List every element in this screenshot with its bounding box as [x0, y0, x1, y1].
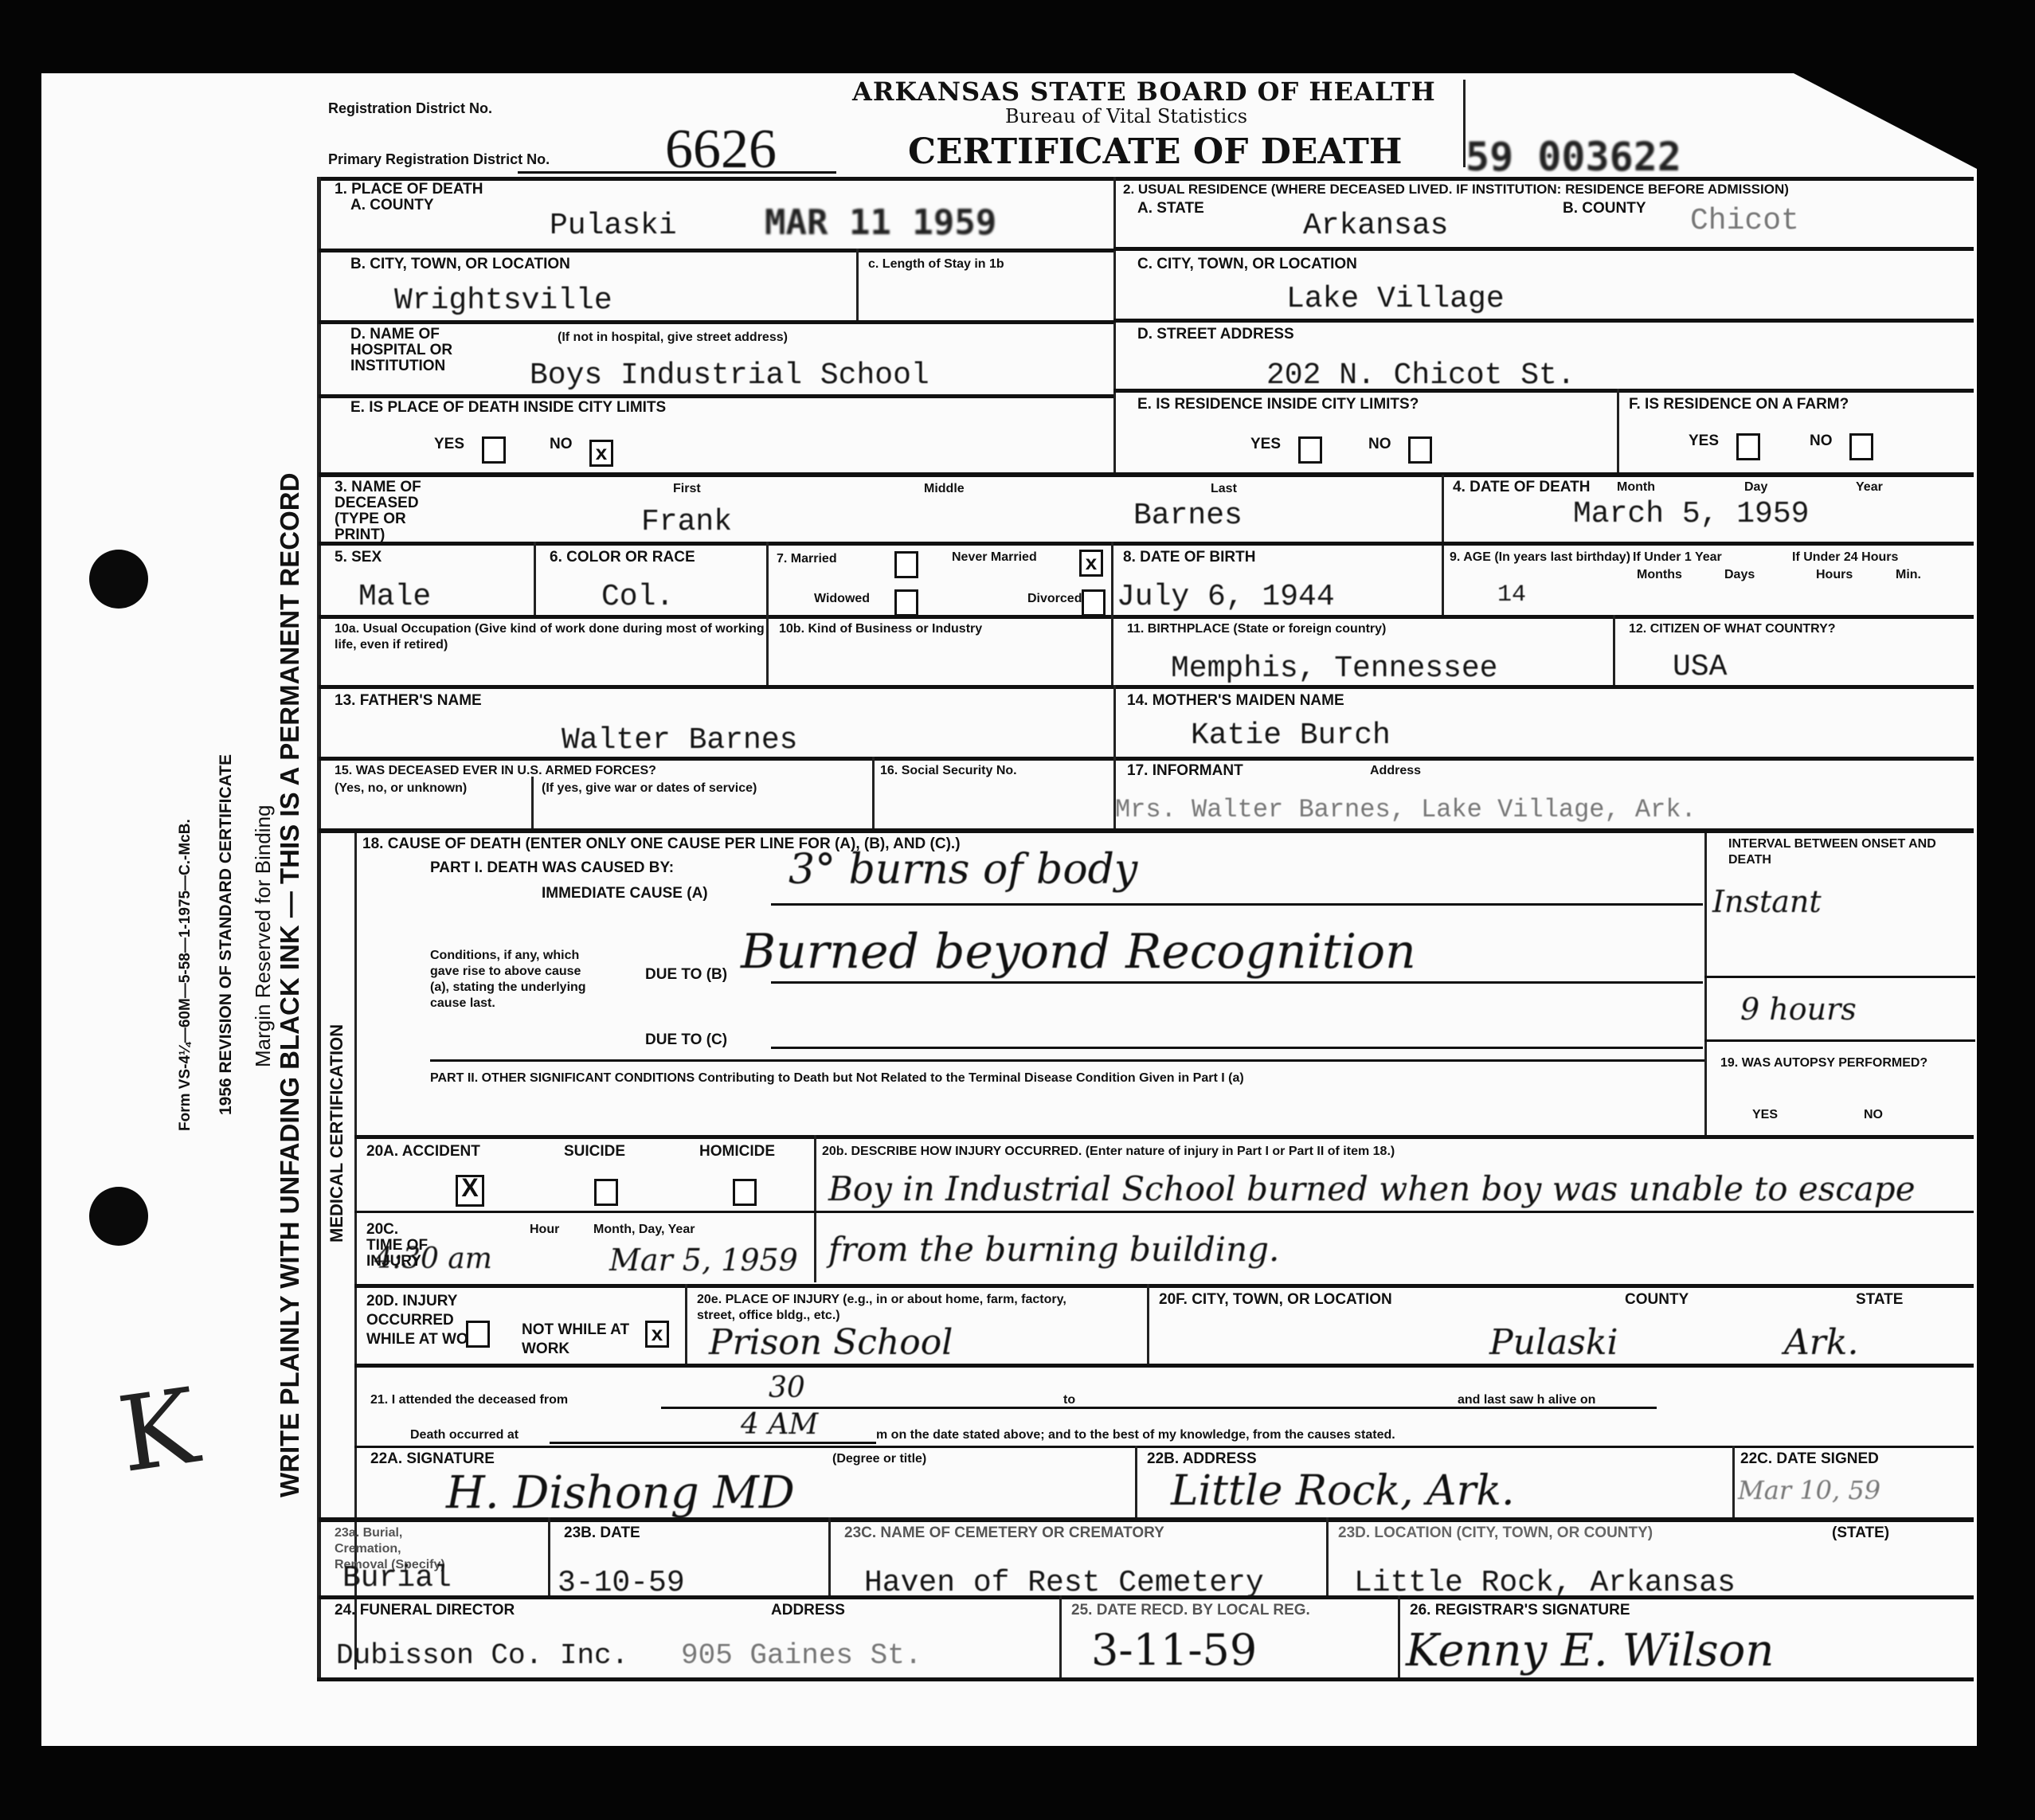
deceased-name-label: 3. NAME OF DECEASED (Type or print)	[335, 479, 438, 543]
inside-city-yes-checkbox[interactable]	[482, 436, 506, 464]
age-months-label: Months	[1637, 567, 1682, 583]
date-of-death: March 5, 1959	[1573, 497, 1809, 531]
armed-forces-service-note: (If yes, give war or dates of service)	[542, 781, 757, 796]
form-left-border	[317, 177, 321, 1681]
district-number: 6626	[665, 118, 777, 182]
accident-checkbox[interactable]: X	[456, 1175, 484, 1207]
not-at-work-label: NOT WHILE AT WORK	[522, 1321, 633, 1359]
institution-note: (If not in hospital, give street address…	[558, 330, 788, 346]
residence-city-label: c. CITY, TOWN, OR LOCATION	[1137, 256, 1357, 272]
widowed-label: Widowed	[814, 591, 870, 607]
age-days-label: Days	[1724, 567, 1755, 583]
residence-state-label: a. STATE	[1137, 201, 1204, 217]
farm-no-checkbox[interactable]	[1849, 433, 1873, 460]
farm-yes-label: YES	[1689, 433, 1719, 449]
injury-state: Ark.	[1784, 1322, 1858, 1363]
date-signed-label: 22c. DATE SIGNED	[1740, 1451, 1879, 1467]
ink-instruction: WRITE PLAINLY WITH UNFADING BLACK INK — …	[275, 473, 305, 1497]
homicide-label: HOMICIDE	[699, 1144, 775, 1160]
informant-address-label: Address	[1370, 763, 1421, 779]
married-label: 7. Married	[777, 551, 837, 567]
injury-city-label: 20f. CITY, TOWN, OR LOCATION	[1159, 1292, 1392, 1308]
residence-state: Arkansas	[1303, 209, 1448, 243]
birthplace: Memphis, Tennessee	[1171, 652, 1497, 686]
suicide-checkbox[interactable]	[594, 1179, 618, 1206]
residence-county-label: b. COUNTY	[1563, 201, 1646, 217]
death-county-label: a. COUNTY	[350, 198, 434, 213]
cell-divider	[685, 1284, 687, 1364]
cell-divider	[1398, 1595, 1400, 1677]
month-label: Month	[1617, 479, 1655, 495]
cell-divider	[872, 757, 875, 828]
row-divider	[319, 472, 1974, 477]
due-to-b-label: DUE TO (b)	[645, 967, 727, 983]
last-name-label: Last	[1211, 481, 1237, 497]
residence-inside-city-label: e. IS RESIDENCE INSIDE CITY LIMITS?	[1137, 397, 1419, 413]
cell-divider	[856, 249, 859, 320]
citizen-label: 12. CITIZEN OF WHAT COUNTRY?	[1629, 621, 1836, 637]
residence-county: Chicot	[1690, 204, 1799, 238]
cause-b-line	[771, 981, 1703, 984]
due-to-c-label: DUE TO (c)	[645, 1032, 727, 1048]
registrar-signature: Kenny E. Wilson	[1406, 1625, 1774, 1677]
col-divider-top	[1113, 177, 1116, 476]
form-top-border	[317, 177, 1974, 181]
part-divider	[430, 1059, 1704, 1062]
cell-divider	[766, 615, 769, 687]
date-of-death-label: 4. DATE OF DEATH	[1453, 479, 1590, 495]
row-divider	[354, 1211, 1974, 1213]
immediate-cause: 3° burns of body	[789, 846, 1137, 894]
mother-label: 14. MOTHER'S MAIDEN NAME	[1127, 693, 1344, 709]
cell-divider	[814, 1135, 816, 1282]
form-id: Form VS-4¼—60M—5-58—1-1975—C.-McB.	[177, 819, 194, 1131]
institution-label: d. NAME OF HOSPITAL OR INSTITUTION	[350, 327, 478, 374]
divorced-label: Divorced	[1027, 591, 1082, 607]
date-received-label: 25. DATE RECD. BY LOCAL REG.	[1071, 1603, 1310, 1618]
day-label: Day	[1744, 479, 1767, 495]
place-of-injury-label: 20e. PLACE OF INJURY (e.g., in or about …	[697, 1292, 1095, 1324]
cell-divider	[1617, 389, 1619, 476]
residence-inside-yes-label: YES	[1250, 436, 1281, 452]
street-address: 202 N. Chicot St.	[1266, 358, 1575, 393]
row-divider	[354, 1135, 1974, 1139]
injury-county: Pulaski	[1489, 1322, 1618, 1363]
physician-address: Little Rock, Ark.	[1171, 1467, 1515, 1515]
death-time: 4 AM	[741, 1408, 818, 1441]
interval-a: Instant	[1712, 884, 1822, 919]
bureau-name: Bureau of Vital Statistics	[1005, 105, 1247, 127]
row-divider	[319, 320, 1113, 324]
row-divider	[319, 615, 1974, 619]
autopsy-label: 19. WAS AUTOPSY PERFORMED?	[1720, 1055, 1959, 1071]
birthplace-label: 11. BIRTHPLACE (State or foreign country…	[1127, 621, 1386, 637]
certification-statement: m on the date stated above; and to the b…	[876, 1427, 1395, 1443]
cell-divider	[531, 777, 534, 828]
occupation-label: 10a. Usual Occupation (Give kind of work…	[335, 621, 765, 653]
residence-inside-yes-checkbox[interactable]	[1298, 436, 1322, 464]
age-min-label: Min.	[1896, 567, 1921, 583]
usual-residence-label: 2. USUAL RESIDENCE (Where deceased lived…	[1123, 182, 1789, 198]
at-work-checkbox[interactable]	[466, 1321, 490, 1348]
inside-city-no-checkbox[interactable]: x	[589, 440, 613, 467]
residence-city: Lake Village	[1286, 282, 1505, 316]
autopsy-yes-label: YES	[1752, 1107, 1778, 1123]
cell-divider	[548, 1517, 550, 1597]
birth-date-label: 8. DATE OF BIRTH	[1123, 550, 1255, 566]
residence-inside-no-label: NO	[1368, 436, 1391, 452]
place-of-injury: Prison School	[709, 1322, 953, 1363]
time-of-injury-date: Mar 5, 1959	[609, 1243, 798, 1278]
ssn-label: 16. Social Security No.	[880, 763, 1017, 779]
cell-divider	[1613, 615, 1615, 687]
degree-label: (Degree or title)	[832, 1451, 926, 1467]
length-of-stay-label: c. Length of Stay in 1b	[868, 256, 1004, 272]
race: Col.	[601, 580, 674, 614]
part2-label: PART II. OTHER SIGNIFICANT CONDITIONS Co…	[430, 1070, 1244, 1086]
registrar-label: 26. REGISTRAR'S SIGNATURE	[1410, 1603, 1630, 1618]
cell-divider	[1059, 1595, 1062, 1677]
interval-line	[1704, 1039, 1975, 1042]
father-label: 13. FATHER'S NAME	[335, 693, 482, 709]
part1-label: PART I. DEATH WAS CAUSED BY:	[430, 860, 674, 876]
place-of-death-label: 1. PLACE OF DEATH	[335, 182, 483, 198]
cell-divider	[1732, 1446, 1735, 1517]
cell-divider	[1111, 542, 1113, 617]
row-divider	[319, 828, 1974, 833]
row-divider	[1113, 247, 1974, 251]
cell-divider	[1147, 1284, 1149, 1364]
certificate-title: CERTIFICATE OF DEATH	[908, 131, 1402, 172]
hour-label: Hour	[530, 1222, 559, 1238]
cell-divider	[1135, 1446, 1137, 1517]
funeral-director-label: 24. FUNERAL DIRECTOR	[335, 1603, 515, 1618]
never-married-checkbox[interactable]: x	[1079, 550, 1103, 577]
cell-divider	[534, 542, 536, 617]
form-bottom-border	[317, 1677, 1974, 1681]
row-divider	[319, 1517, 1974, 1522]
date-received: 3-11-59	[1091, 1625, 1257, 1675]
due-to-b: Burned beyond Recognition	[741, 924, 1416, 980]
injury-county-label: COUNTY	[1625, 1292, 1689, 1308]
clerk-mark: K	[112, 1365, 205, 1496]
age: 14	[1497, 581, 1526, 609]
birth-date: July 6, 1944	[1117, 580, 1335, 614]
accident-label: 20a. ACCIDENT	[366, 1144, 480, 1160]
farm-yes-checkbox[interactable]	[1736, 433, 1760, 460]
row-divider	[354, 1284, 1974, 1288]
inside-city-yes-label: YES	[434, 436, 464, 452]
cemetery-state-label: (State)	[1832, 1525, 1889, 1541]
first-name-label: First	[673, 481, 701, 497]
father-name: Walter Barnes	[562, 723, 797, 757]
autopsy-no-label: NO	[1864, 1107, 1883, 1123]
race-label: 6. COLOR OR RACE	[550, 550, 695, 566]
inside-city-label: e. IS PLACE OF DEATH INSIDE CITY LIMITS	[350, 400, 666, 416]
cell-divider	[1326, 1517, 1329, 1597]
burial: Burial	[342, 1561, 452, 1595]
funeral-address: 905 Gaines St.	[681, 1639, 922, 1672]
medical-certification-label: MEDICAL CERTIFICATION	[327, 1024, 347, 1243]
armed-forces-label: 15. WAS DECEASED EVER IN U.S. ARMED FORC…	[335, 763, 656, 779]
binding-note: Margin Reserved for Binding	[251, 805, 276, 1068]
informant-label: 17. INFORMANT	[1127, 763, 1243, 779]
row-divider	[319, 394, 1113, 398]
primary-district-label: Primary Registration District No.	[328, 151, 550, 167]
attended-to-label: to	[1063, 1392, 1075, 1408]
informant: Mrs. Walter Barnes, Lake Village, Ark.	[1115, 795, 1696, 824]
not-at-work-checkbox[interactable]: x	[645, 1321, 669, 1348]
date-signed: Mar 10, 59	[1738, 1475, 1880, 1505]
death-county: Pulaski	[550, 209, 677, 243]
signature-label: 22a. SIGNATURE	[370, 1451, 495, 1467]
registration-district-label: Registration District No.	[328, 100, 492, 116]
row-divider	[319, 685, 1974, 689]
death-city: Wrightsville	[394, 284, 612, 318]
cell-divider	[766, 542, 769, 617]
widowed-checkbox[interactable]	[894, 589, 918, 616]
age-under-24h-label: If Under 24 Hours	[1792, 550, 1898, 566]
sex: Male	[358, 580, 431, 614]
first-name: Frank	[641, 505, 732, 539]
row-divider	[319, 1595, 1974, 1599]
death-city-label: b. CITY, TOWN, OR LOCATION	[350, 256, 570, 272]
institution-name: Boys Industrial School	[530, 358, 929, 393]
cause-a-line	[771, 903, 1703, 906]
cause-c-line	[771, 1047, 1703, 1049]
age-hours-label: Hours	[1816, 567, 1853, 583]
cell-divider	[828, 1517, 831, 1597]
last-saw-label: and last saw h alive on	[1458, 1392, 1595, 1408]
binder-hole-bottom	[89, 1187, 148, 1246]
physician-signature: H. Dishong MD	[446, 1467, 795, 1519]
cell-divider	[1113, 685, 1116, 761]
row-divider	[1113, 319, 1974, 323]
middle-name-label: Middle	[924, 481, 965, 497]
interval-divider	[1704, 833, 1707, 1136]
how-injury: Boy in Industrial School burned when boy…	[828, 1159, 1927, 1280]
death-occurred-label: Death occurred at	[410, 1427, 519, 1443]
farm-no-label: NO	[1810, 433, 1833, 449]
year-label: Year	[1856, 479, 1883, 495]
suicide-label: SUICIDE	[564, 1144, 625, 1160]
divorced-checkbox[interactable]	[1082, 589, 1106, 616]
agency-name: ARKANSAS STATE BOARD OF HEALTH	[852, 76, 1436, 107]
age-under-1-year-label: If Under 1 Year	[1633, 550, 1722, 566]
armed-forces-note: (Yes, no, or unknown)	[335, 781, 467, 796]
row-divider	[354, 1446, 1974, 1448]
revision-note: 1956 REVISION OF STANDARD CERTIFICATE	[217, 754, 236, 1115]
farm-label: f. IS RESIDENCE ON A FARM?	[1629, 397, 1849, 413]
cemetery-location-label: 23d. LOCATION (City, town, or county)	[1338, 1525, 1653, 1541]
binder-hole-top	[89, 550, 148, 609]
funeral-director: Dubisson Co. Inc.	[336, 1639, 628, 1672]
street-address-label: d. STREET ADDRESS	[1137, 327, 1294, 342]
time-of-injury-hour: 4:30 am	[374, 1243, 492, 1275]
injury-state-label: STATE	[1856, 1292, 1903, 1308]
mother-name: Katie Burch	[1191, 718, 1391, 753]
interval-label: INTERVAL BETWEEN ONSET AND DEATH	[1728, 836, 1959, 868]
funeral-address-label: ADDRESS	[771, 1603, 845, 1618]
married-checkbox[interactable]	[894, 551, 918, 578]
how-injury-label: 20b. DESCRIBE HOW INJURY OCCURRED. (Ente…	[822, 1144, 1395, 1160]
row-divider	[319, 757, 1974, 761]
certificate-paper	[41, 73, 1977, 1746]
row-divider	[354, 1364, 1974, 1368]
industry-label: 10b. Kind of Business or Industry	[779, 621, 982, 637]
cell-divider	[1111, 615, 1113, 687]
burial-date-label: 23b. DATE	[564, 1525, 640, 1541]
interval-line	[1704, 976, 1975, 978]
cell-divider	[1442, 475, 1444, 616]
last-name: Barnes	[1133, 499, 1243, 533]
homicide-checkbox[interactable]	[733, 1179, 757, 1206]
residence-inside-no-checkbox[interactable]	[1408, 436, 1432, 464]
age-label: 9. AGE (In years last birthday)	[1450, 550, 1630, 566]
inside-city-no-label: NO	[550, 436, 573, 452]
interval-b: 9 hours	[1740, 992, 1857, 1027]
physician-address-label: 22b. ADDRESS	[1147, 1451, 1257, 1467]
immediate-cause-label: IMMEDIATE CAUSE (a)	[542, 886, 708, 902]
citizen: USA	[1673, 650, 1727, 684]
death-time-line	[550, 1442, 876, 1444]
month-day-year-label: Month, Day, Year	[593, 1222, 695, 1238]
conditions-note: Conditions, if any, which gave rise to a…	[430, 948, 597, 1012]
sex-label: 5. SEX	[335, 550, 382, 566]
attended-from: 30	[769, 1372, 805, 1404]
received-stamp: MAR 11 1959	[765, 202, 996, 243]
never-married-label: Never Married	[952, 550, 1037, 566]
cemetery-label: 23c. NAME OF CEMETERY OR CREMATORY	[844, 1525, 1164, 1541]
state-file-number: 59 003622	[1466, 134, 1681, 180]
attended-label: 21. I attended the deceased from	[370, 1392, 568, 1408]
row-divider	[319, 542, 1974, 546]
row-divider	[1113, 389, 1974, 393]
row-divider	[319, 249, 1113, 252]
